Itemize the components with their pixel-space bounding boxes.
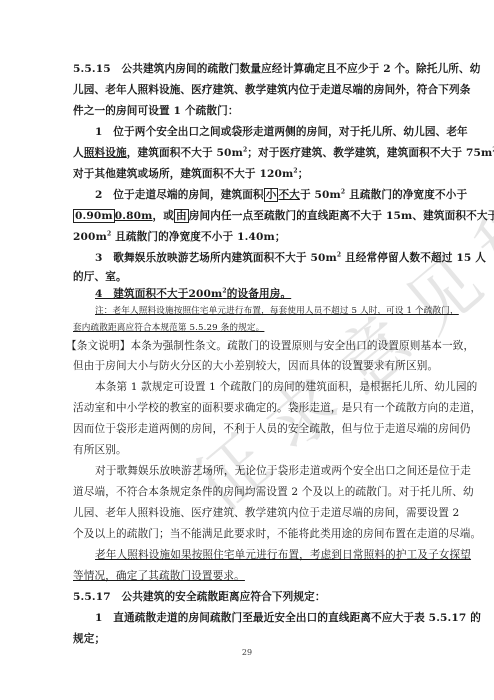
text: 且经常停留人数不超过 15 人 — [341, 252, 486, 264]
underlined-insertion: 不大 — [278, 189, 300, 201]
explanation-p3-line-2: 道尽端，不符合本条规定条件的房间均需设置 2 个及以上的疏散门。对于托儿所、幼 — [73, 485, 474, 499]
boxed-deletion: 由 — [174, 209, 189, 223]
text: 4 建筑面积不大于200m — [95, 288, 222, 300]
explanation-p3-line-4: 个及以上的疏散门；当不能满足此要求时，不能将此类用途的房间布置在走道的尽端。 — [73, 527, 481, 541]
text: 于 50m — [300, 189, 341, 201]
explanation-p3-line-1: 对于歌舞娱乐放映游艺场所，无论位于袋形走道或两个安全出口之间还是位于走 — [95, 464, 471, 478]
note-line-1: 注：老年人照料设施按照住宅单元进行布置，每套使用人员不超过 5 人时，可设 1 … — [95, 304, 459, 318]
item2-line-1: 2 位于走道尽端的房间，建筑面积小不大于 50m2 且疏散门的净宽度不小于 — [95, 188, 467, 202]
clause-5515-line-2: 儿园、老年人照料设施、医疗建筑、教学建筑内位于走道尽端的房间外，符合下列条 — [73, 83, 471, 97]
text: 房间内任一点至疏散门的直线距离不大于 15m、建筑面积不大于 — [189, 210, 494, 222]
item4-line: 4 建筑面积不大于200m2的设备用房。 — [95, 287, 291, 301]
item1-line-3: 对于其他建筑或场所，建筑面积不大于 120m2； — [73, 167, 308, 181]
page-number: 29 — [0, 648, 494, 657]
underlined-insertion: 照料设施 — [84, 147, 127, 159]
text: ，建筑面积不大于 50m — [127, 147, 243, 159]
text: 且疏散门的净宽度不小于 — [345, 189, 467, 201]
text: ；对于医疗建筑、教学建筑，建筑面积不大于 75m — [247, 147, 492, 159]
text: 的设备用房。 — [227, 288, 291, 300]
text: 且疏散门的净宽度不小于 1.40m； — [111, 231, 285, 243]
document-page: 征 求 意 见 稿 5.5.15 公共建筑内房间的疏散门数量应经计算确定且不应少… — [0, 0, 494, 700]
text: 200m — [73, 231, 107, 243]
explanation-p2-line-2: 活动室和中小学校的教室的面积要求确定的。袋形走道，是只有一个疏散方向的走道， — [73, 401, 481, 415]
boxed-deletion: 小 — [264, 188, 279, 202]
explanation-p1-line-2: 但由于房间大小与防火分区的大小差别较大，因而具体的设置要求有所区别。 — [73, 359, 438, 373]
clause-5517-item1-line-1: 1 直通疏散走道的房间疏散门至最近安全出口的直线距离不应大于表 5.5.17 的 — [95, 611, 481, 625]
clause-5515-line-3: 件之一的房间可设置 1 个疏散门： — [73, 104, 239, 118]
item2-line-2: 0.90m0.80m，或由房间内任一点至疏散门的直线距离不大于 15m、建筑面积… — [73, 209, 494, 223]
note-line-2: 套内疏散距离应符合本规范第 5.5.29 条的规定。 — [73, 321, 264, 335]
underlined-insertion: 0.80m — [115, 210, 153, 222]
explanation-p1-line-1: 【条文说明】本条为强制性条文。疏散门的设置原则与安全出口的设置原则基本一致， — [66, 339, 474, 353]
text: 对于其他建筑或场所，建筑面积不大于 120m — [73, 168, 293, 180]
item1-line-2: 人照料设施，建筑面积不大于 50m2；对于医疗建筑、教学建筑，建筑面积不大于 7… — [73, 146, 494, 160]
text: 2 位于走道尽端的房间，建筑面积 — [95, 189, 264, 201]
text: ，或 — [153, 210, 175, 222]
text: 3 歌舞娱乐放映游艺场所内建筑面积不大于 50m — [95, 252, 337, 264]
item1-line-1: 1 位于两个安全出口之间或袋形走道两侧的房间，对于托儿所、幼儿园、老年 — [95, 125, 468, 139]
clause-5517-title: 5.5.17 公共建筑的安全疏散距离应符合下列规定： — [73, 590, 326, 604]
explanation-p2-line-1: 本条第 1 款规定可设置 1 个疏散门的房间的建筑面积，是根据托儿所、幼儿园的 — [95, 380, 477, 394]
text: ； — [298, 168, 309, 180]
explanation-p4-line-1: 老年人照料设施如果按照住宅单元进行布置，考虑到日常照料的护工及子女探望 — [95, 548, 471, 562]
item3-line-1: 3 歌舞娱乐放映游艺场所内建筑面积不大于 50m2 且经常停留人数不超过 15 … — [95, 251, 486, 265]
explanation-p3-line-3: 儿园、老年人照料设施、医疗建筑、教学建筑内位于走道尽端的房间，需要设置 2 — [73, 506, 459, 520]
clause-5515-line-1: 5.5.15 公共建筑内房间的疏散门数量应经计算确定且不应少于 2 个。除托儿所… — [73, 62, 481, 76]
explanation-p2-line-3: 因而位于袋形走道两侧的房间，不利于人员的安全疏散，但与位于走道尽端的房间仍 — [73, 422, 471, 436]
text: 人 — [73, 147, 84, 159]
item2-line-3: 200m2 且疏散门的净宽度不小于 1.40m； — [73, 230, 286, 244]
explanation-p4-line-2: 等情况，确定了其疏散门设置要求。 — [73, 569, 245, 583]
clause-5517-item1-line-2: 规定； — [73, 632, 105, 646]
explanation-p2-line-4: 有所区别。 — [73, 443, 127, 457]
item3-line-2: 的厅、室。 — [73, 270, 127, 284]
boxed-deletion: 0.90m — [73, 209, 115, 223]
